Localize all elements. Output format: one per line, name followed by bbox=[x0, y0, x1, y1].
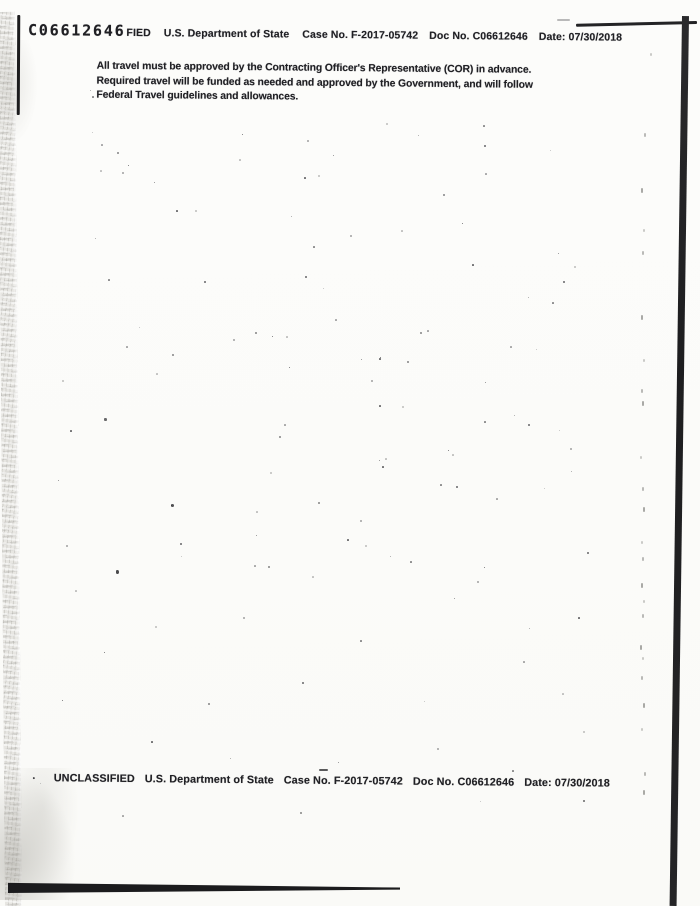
document-content: C06612646FIED U.S. Department of State C… bbox=[0, 0, 700, 906]
body-paragraph: All travel must be approved by the Contr… bbox=[96, 60, 533, 108]
footer-classification: UNCLASSIFIED bbox=[54, 772, 135, 785]
footer-doc-no: Doc No. C06612646 bbox=[413, 776, 514, 789]
footer-case-no: Case No. F-2017-05742 bbox=[284, 774, 403, 787]
document-header: C06612646FIED U.S. Department of State C… bbox=[28, 21, 622, 45]
header-case-no: Case No. F-2017-05742 bbox=[302, 29, 418, 42]
document-footer: UNCLASSIFIED U.S. Department of State Ca… bbox=[33, 772, 610, 790]
footer-date: Date: 07/30/2018 bbox=[524, 777, 610, 790]
doc-number-stamp: C06612646 bbox=[28, 21, 126, 40]
header-date: Date: 07/30/2018 bbox=[539, 31, 622, 44]
footer-agency: U.S. Department of State bbox=[145, 773, 274, 786]
header-agency: U.S. Department of State bbox=[164, 27, 290, 40]
header-doc-no: Doc No. C06612646 bbox=[429, 30, 528, 43]
classification-fragment: FIED bbox=[126, 27, 150, 39]
scanned-document-page: C06612646FIED U.S. Department of State C… bbox=[0, 0, 700, 906]
stray-dot bbox=[33, 777, 35, 779]
